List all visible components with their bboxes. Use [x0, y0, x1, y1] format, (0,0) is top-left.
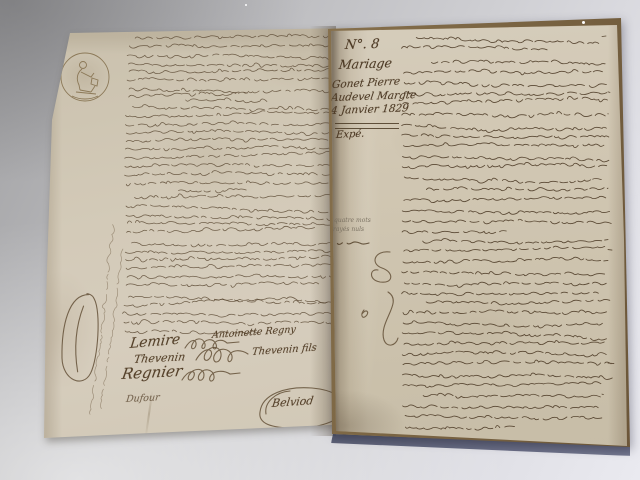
dust-speck [582, 21, 585, 24]
photo-of-documents: Lemire Antoinette Regny Thevenin Theveni… [0, 0, 640, 480]
right-page-handwriting [0, 0, 640, 480]
right-register-wrapper: N°. 8 Mariage Gonet Pierre Audevel Margt… [0, 0, 640, 480]
dust-speck [245, 4, 247, 6]
right-register-page: N°. 8 Mariage Gonet Pierre Audevel Margt… [0, 0, 640, 480]
